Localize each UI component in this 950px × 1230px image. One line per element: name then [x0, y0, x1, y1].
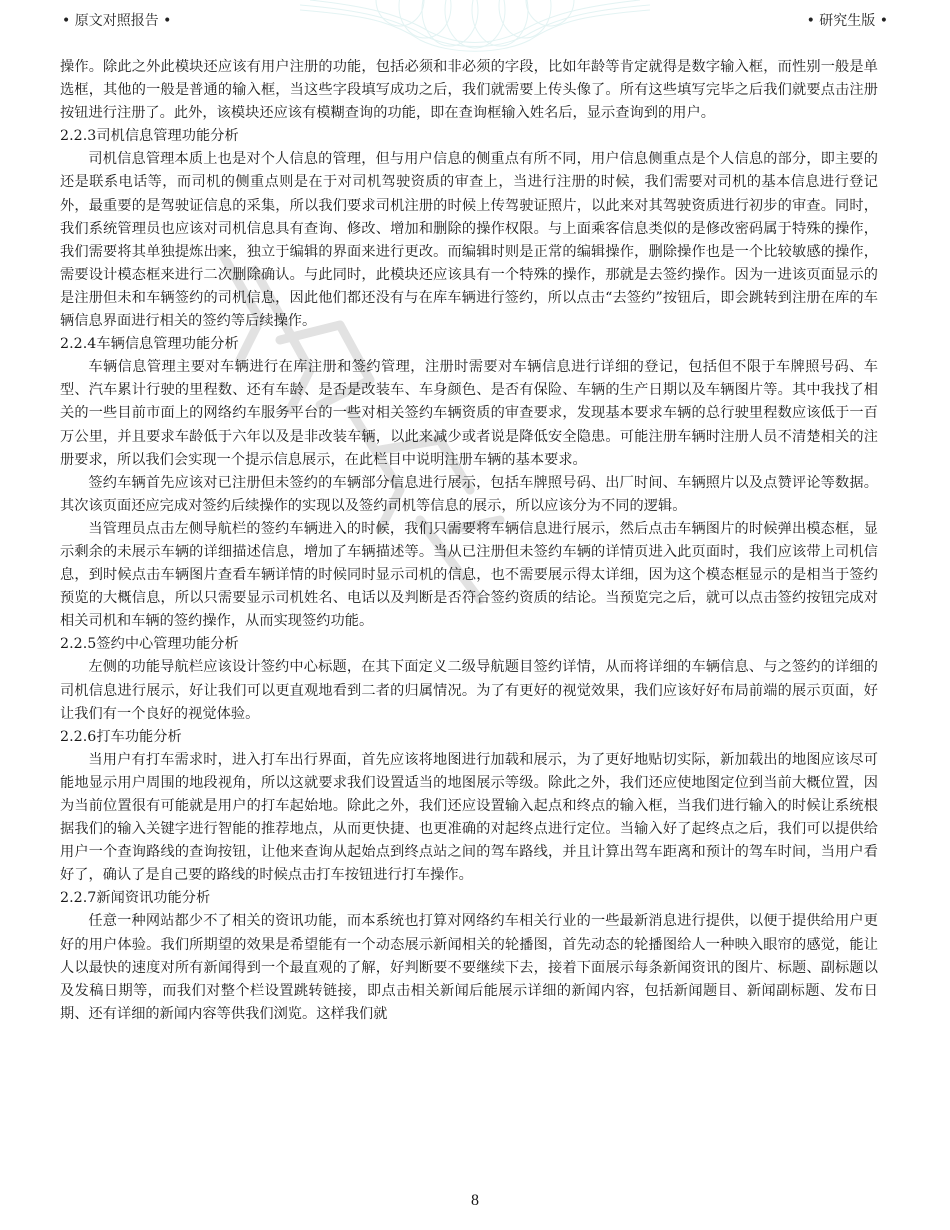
paragraph: 司机信息管理本质上也是对个人信息的管理，但与用户信息的侧重点有所不同，用户信息侧…	[60, 148, 878, 333]
report-type-label: • 原文对照报告 •	[62, 10, 171, 30]
document-body: 操作。除此之外此模块还应该有用户注册的功能，包括必须和非必须的字段，比如年龄等肯…	[60, 56, 878, 1026]
header-ornament-decoration	[300, 0, 650, 60]
paragraph: 当管理员点击左侧导航栏的签约车辆进入的时候，我们只需要将车辆信息进行展示，然后点…	[60, 518, 878, 633]
page-number: 8	[0, 1192, 950, 1210]
paragraph: 左侧的功能导航栏应该设计签约中心标题，在其下面定义二级导航题目签约详情，从而将详…	[60, 656, 878, 725]
section-heading-2-2-5: 2.2.5签约中心管理功能分析	[60, 633, 878, 656]
edition-label: • 研究生版 •	[807, 10, 888, 30]
paragraph: 任意一种网站都少不了相关的资讯功能，而本系统也打算对网络约车相关行业的一些最新消…	[60, 910, 878, 1025]
section-heading-2-2-7: 2.2.7新闻资讯功能分析	[60, 887, 878, 910]
paragraph: 操作。除此之外此模块还应该有用户注册的功能，包括必须和非必须的字段，比如年龄等肯…	[60, 56, 878, 125]
paragraph: 当用户有打车需求时，进入打车出行界面，首先应该将地图进行加载和展示，为了更好地贴…	[60, 749, 878, 888]
section-heading-2-2-4: 2.2.4车辆信息管理功能分析	[60, 333, 878, 356]
paragraph: 签约车辆首先应该对已注册但未签约的车辆部分信息进行展示，包括车牌照号码、出厂时间…	[60, 472, 878, 518]
page-header: • 原文对照报告 • • 研究生版 •	[62, 10, 888, 30]
paragraph: 车辆信息管理主要对车辆进行在库注册和签约管理，注册时需要对车辆信息进行详细的登记…	[60, 356, 878, 471]
section-heading-2-2-3: 2.2.3司机信息管理功能分析	[60, 125, 878, 148]
section-heading-2-2-6: 2.2.6打车功能分析	[60, 726, 878, 749]
